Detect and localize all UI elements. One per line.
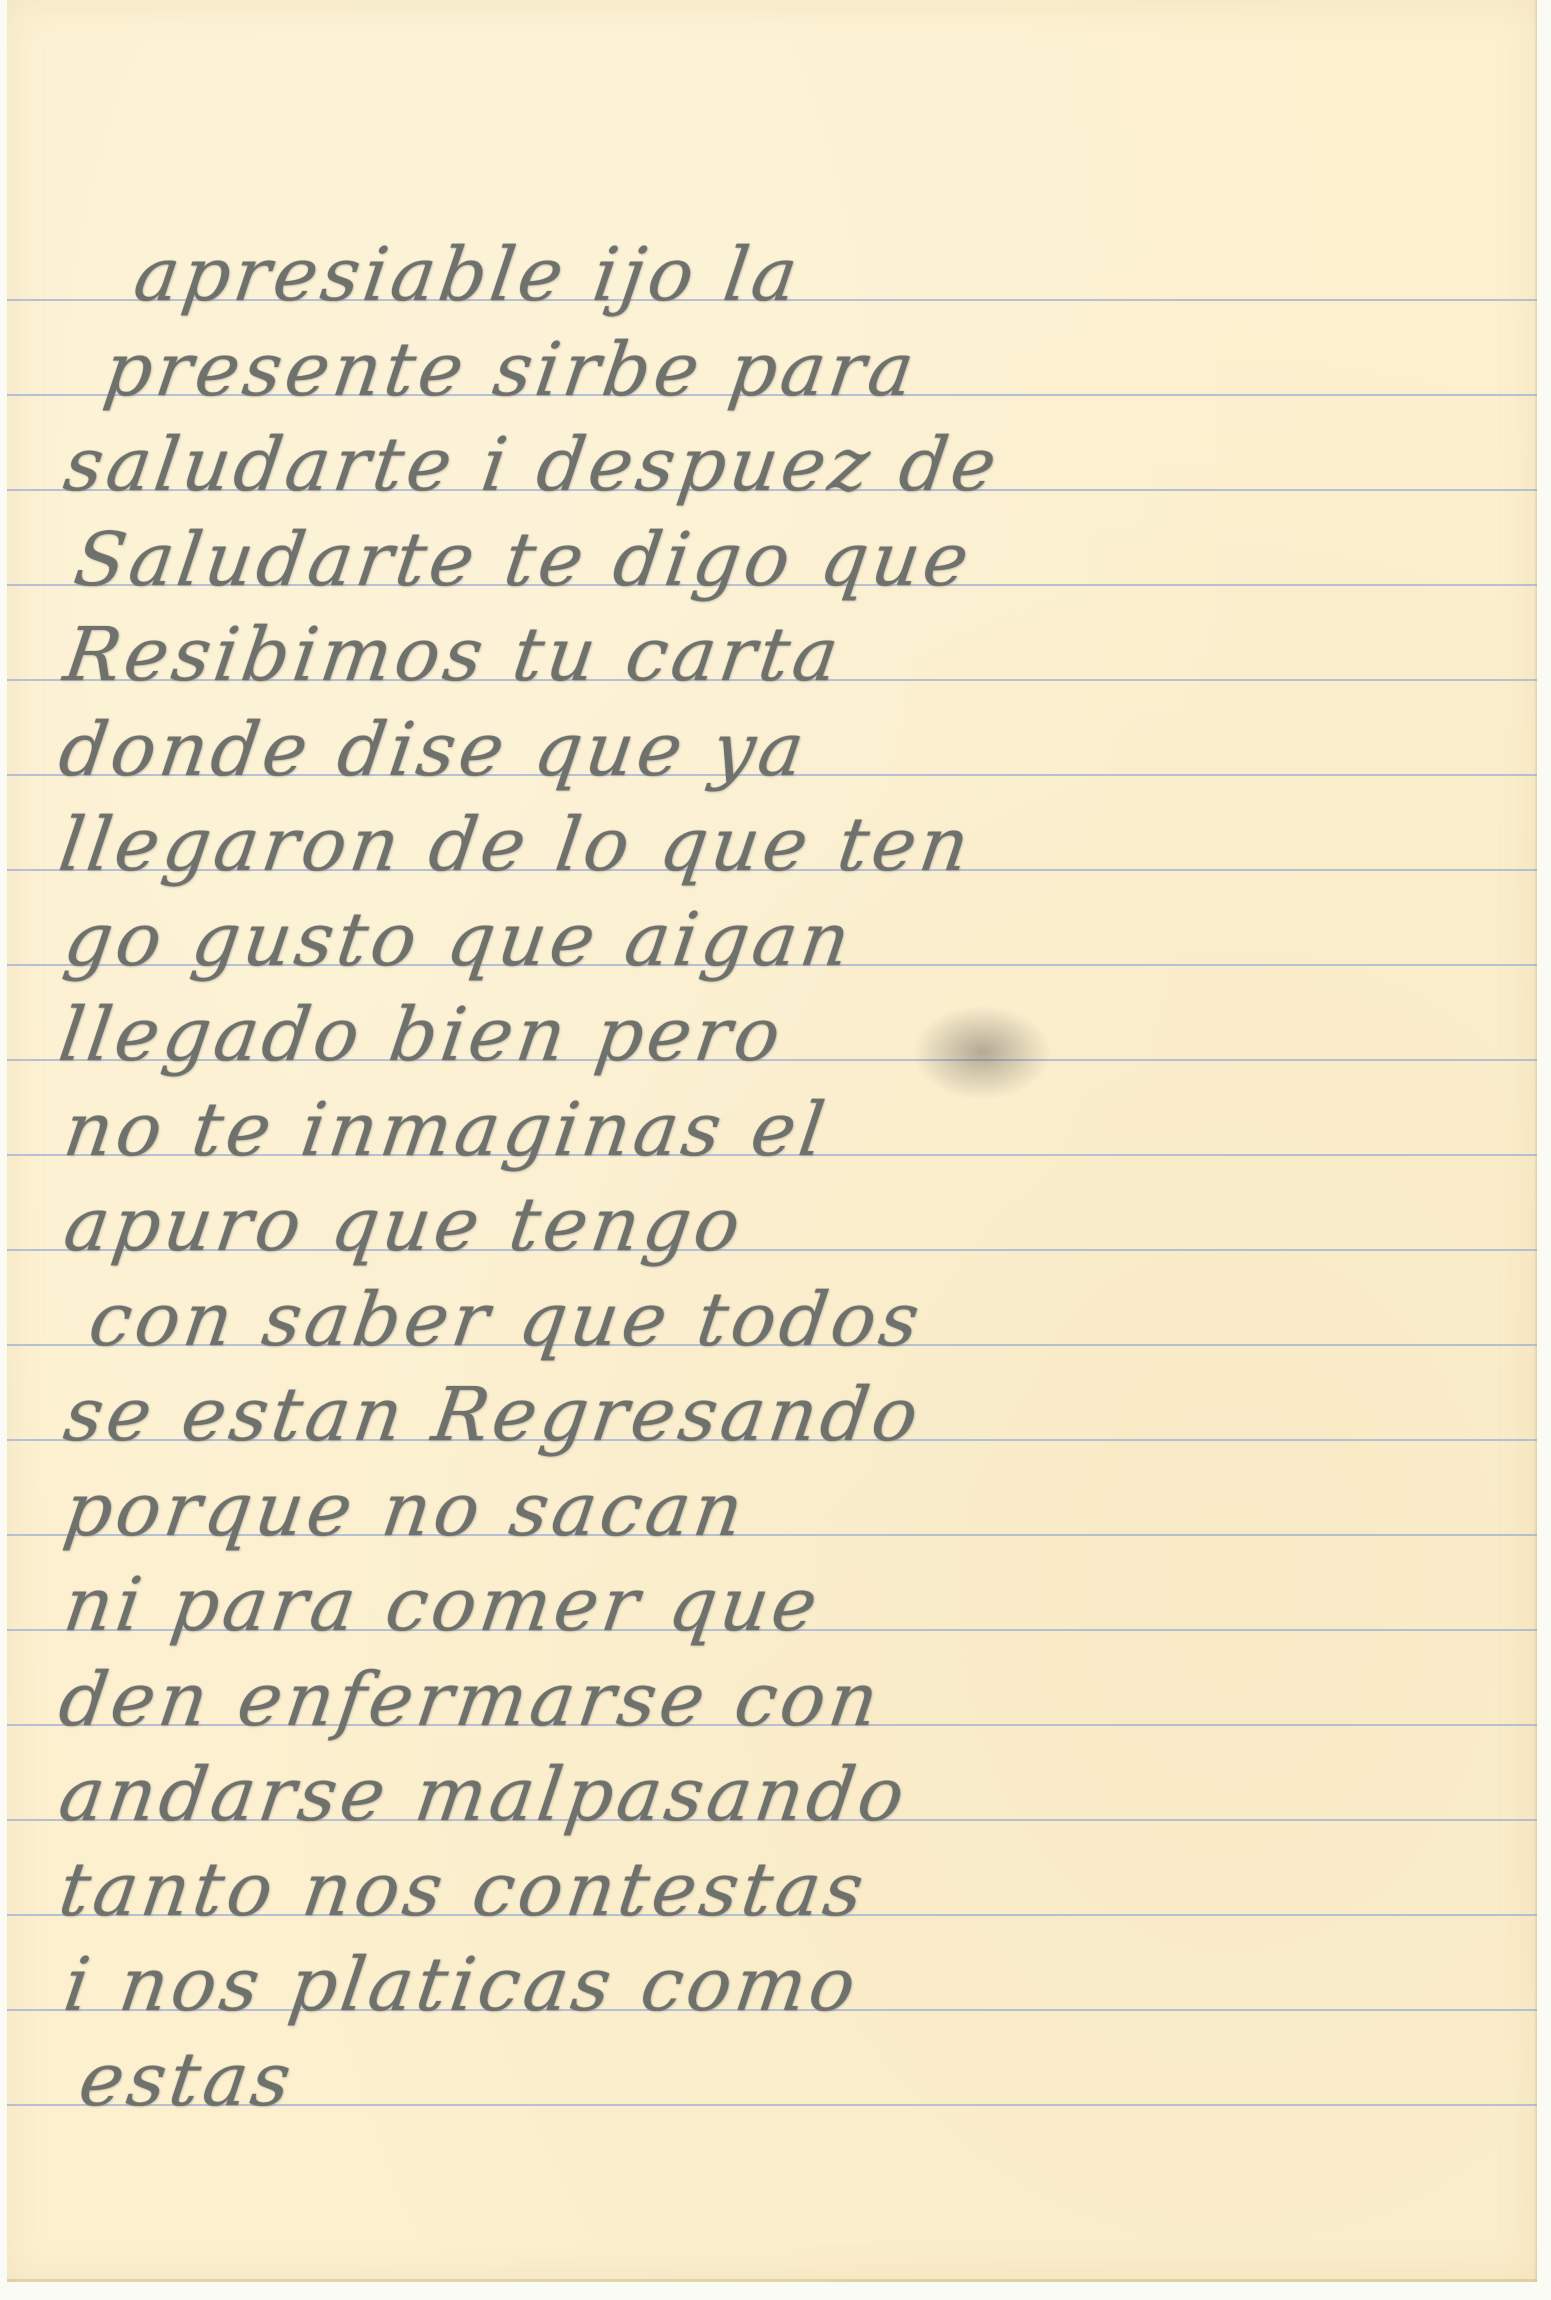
handwritten-line: go gusto que aigan [60,903,858,977]
handwritten-line: porque no sacan [60,1473,751,1547]
paper-edge-bottom [7,2279,1537,2282]
handwritten-line: con saber que todos [85,1283,927,1357]
handwritten-line: llegado bien pero [55,998,789,1072]
handwritten-line: andarse malpasando [55,1758,912,1832]
handwritten-line: presente sirbe para [100,333,922,407]
handwritten-line: apuro que tengo [60,1188,748,1262]
handwritten-line: Saludarte te digo que [70,523,977,597]
handwritten-line: llegaron de lo que ten [55,808,977,882]
handwritten-line: donde dise que ya [55,713,812,787]
handwritten-line: Resibimos tu carta [60,618,847,692]
handwritten-line: i nos platicas como [60,1948,864,2022]
handwritten-line: apresiable ijo la [130,238,806,312]
paper-edge-right [1534,0,1537,2282]
handwritten-text: apresiable ijo la presente sirbe para sa… [7,0,1537,2282]
handwritten-line: ni para comer que [60,1568,825,1642]
handwritten-line: saludarte i despuez de [60,428,1005,502]
handwritten-line: den enfermarse con [55,1663,886,1737]
handwritten-line: tanto nos contestas [55,1853,871,1927]
handwritten-line: no te inmaginas el [60,1093,833,1167]
handwritten-line: estas [75,2043,299,2117]
letter-paper: apresiable ijo la presente sirbe para sa… [7,0,1537,2282]
handwritten-line: se estan Regresando [60,1378,926,1452]
